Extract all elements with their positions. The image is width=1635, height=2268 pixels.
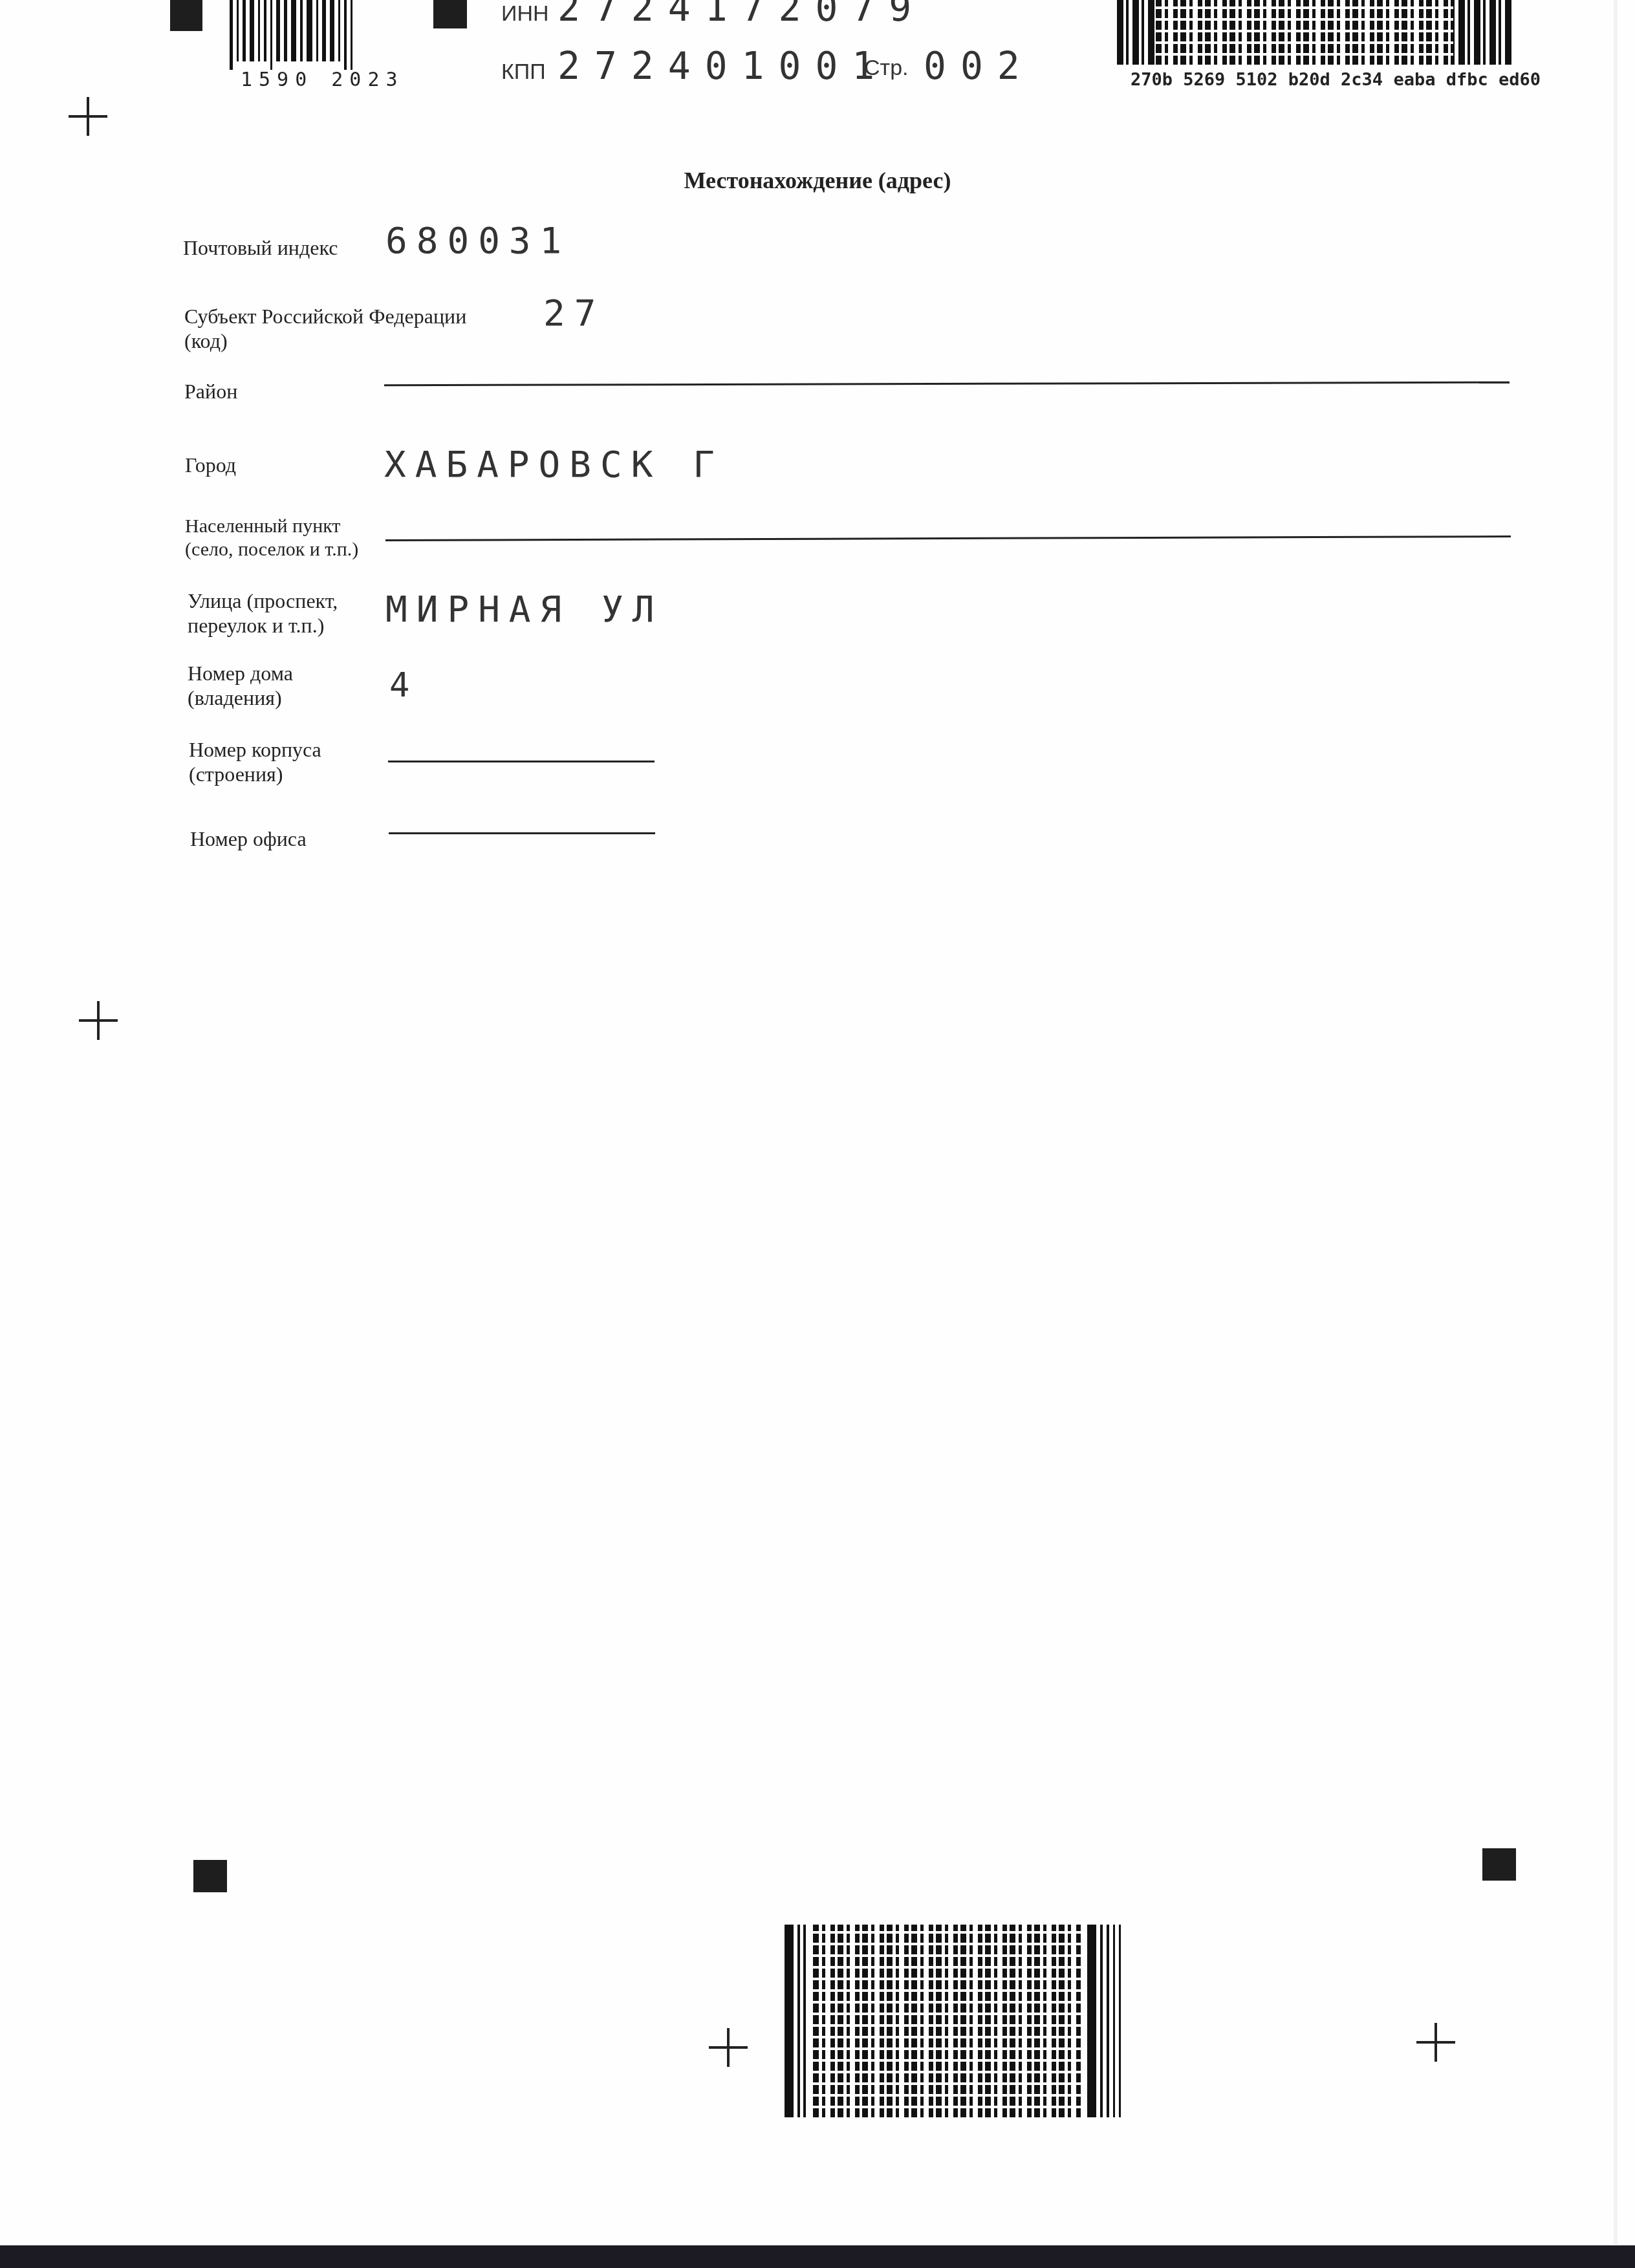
scan-background <box>0 2245 1635 2268</box>
building-label: Номер корпуса (строения) <box>189 737 321 786</box>
building-field-line <box>388 761 655 762</box>
kpp-value: 272401001 <box>558 44 889 88</box>
locality-label-line1: Населенный пункт <box>185 515 358 538</box>
region-label-line2: (код) <box>184 329 466 353</box>
office-label: Номер офиса <box>190 826 307 851</box>
city-label: Город <box>185 453 236 477</box>
house-label-line2: (владения) <box>188 686 293 710</box>
page-value: 002 <box>924 44 1034 88</box>
building-label-line2: (строения) <box>189 762 321 786</box>
region-label: Субъект Российской Федерации (код) <box>184 304 466 353</box>
locality-field-line <box>385 535 1511 541</box>
crosshair-mark-icon <box>69 97 107 136</box>
postal-code-value: 680031 <box>385 220 570 262</box>
building-label-line1: Номер корпуса <box>189 737 321 762</box>
crosshair-mark-icon <box>709 2028 748 2067</box>
barcode-hash-code: 270b 5269 5102 b20d 2c34 eaba dfbc ed60 <box>1131 70 1541 90</box>
pdf417-barcode-bottom <box>785 1925 1135 2117</box>
city-value: ХАБАРОВСК Г <box>384 444 724 486</box>
linear-barcode <box>230 0 407 71</box>
house-label-line1: Номер дома <box>188 661 293 686</box>
alignment-square-bottom-right <box>1482 1848 1516 1881</box>
crosshair-mark-icon <box>1416 2023 1455 2062</box>
form-page: 1590 2023 ИНН 2724172079 КПП 272401001 С… <box>0 0 1635 2244</box>
page-label: Стр. <box>864 56 908 81</box>
inn-value: 2724172079 <box>558 0 926 30</box>
locality-label-line2: (село, поселок и т.п.) <box>185 538 358 561</box>
section-title: Местонахождение (адрес) <box>0 167 1635 194</box>
locality-label: Населенный пункт (село, поселок и т.п.) <box>185 515 358 561</box>
alignment-square-top-mid <box>433 0 467 28</box>
alignment-square-bottom-left <box>193 1860 227 1892</box>
postal-code-label: Почтовый индекс <box>183 235 338 260</box>
barcode-number: 1590 2023 <box>241 69 404 91</box>
district-label: Район <box>184 379 237 404</box>
house-label: Номер дома (владения) <box>188 661 293 710</box>
crosshair-mark-icon <box>79 1001 118 1040</box>
scan-edge <box>1614 0 1618 2244</box>
alignment-square-top-left <box>170 0 202 31</box>
house-value: 4 <box>389 666 418 705</box>
office-field-line <box>389 832 655 834</box>
district-field-line <box>384 382 1510 387</box>
street-label: Улица (проспект, переулок и т.п.) <box>188 589 338 638</box>
region-value: 27 <box>543 292 605 334</box>
street-value: МИРНАЯ УЛ <box>385 589 663 631</box>
street-label-line1: Улица (проспект, <box>188 589 338 613</box>
pdf417-barcode-top <box>1117 0 1513 65</box>
street-label-line2: переулок и т.п.) <box>188 613 338 638</box>
inn-label: ИНН <box>501 1 549 27</box>
region-label-line1: Субъект Российской Федерации <box>184 304 466 329</box>
kpp-label: КПП <box>501 59 546 85</box>
